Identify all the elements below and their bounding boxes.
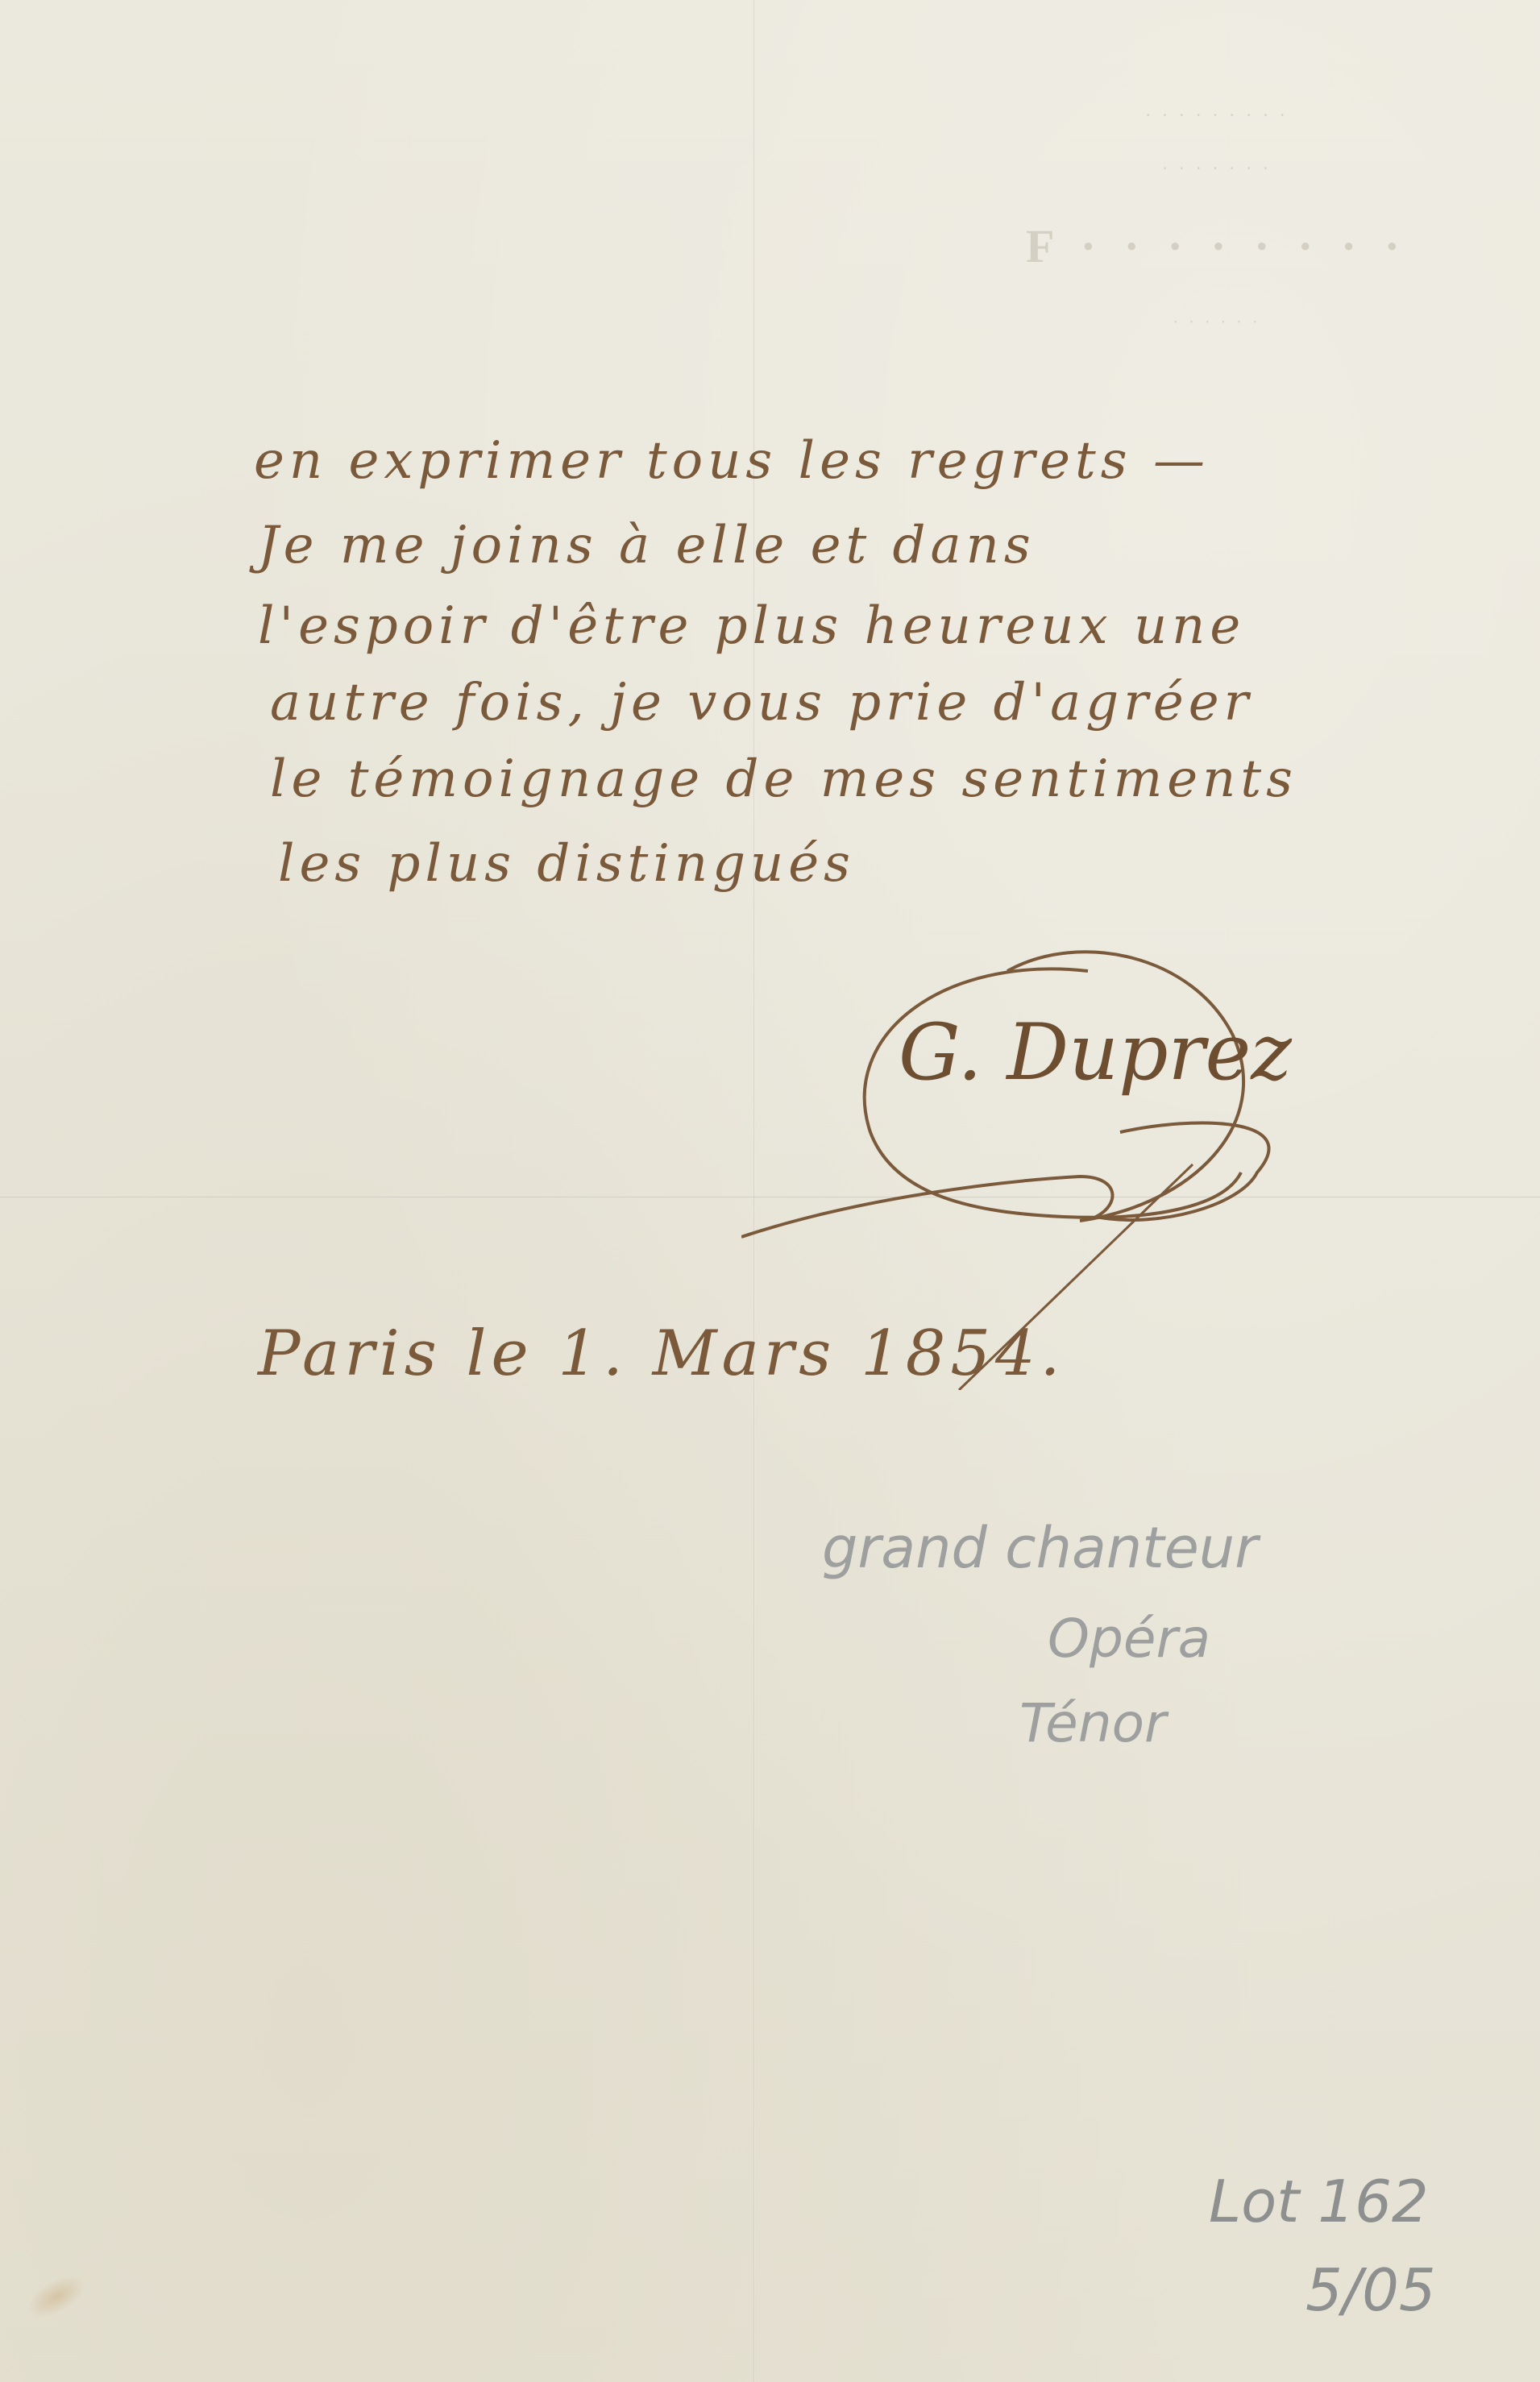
- letter-body-line: l'espoir d'être plus heureux une: [258, 596, 1245, 656]
- letter-body-line: en exprimer tous les regrets —: [254, 431, 1210, 491]
- letterhead-line: · · · · · ·: [967, 313, 1467, 332]
- pencil-annotation: Opéra: [1048, 1608, 1210, 1670]
- letter-body-line: les plus distingués: [278, 834, 855, 894]
- lot-date: 5/05: [1305, 2256, 1436, 2324]
- embossed-letterhead: · · · · · · · · · · · · · · · · F · · · …: [967, 105, 1467, 332]
- letter-body-line: le témoignage de mes sentiments: [270, 749, 1297, 809]
- signature: G. Duprez: [899, 1007, 1292, 1098]
- letterhead-line: F · · · · · · · ·: [967, 219, 1467, 273]
- lot-number: Lot 162: [1209, 2168, 1429, 2235]
- signature-block: G. Duprez: [741, 939, 1451, 1261]
- letter-sheet: · · · · · · · · · · · · · · · · F · · · …: [0, 0, 1540, 2382]
- letter-body-line: Je me joins à elle et dans: [258, 516, 1036, 575]
- pencil-annotation: grand chanteur: [822, 1515, 1258, 1581]
- letterhead-line: · · · · · · · · ·: [967, 105, 1467, 126]
- dateline: Paris le 1. Mars 1854.: [258, 1318, 1065, 1390]
- letter-body-line: autre fois, je vous prie d'agréer: [270, 673, 1253, 732]
- letterhead-line: · · · · · · ·: [967, 158, 1467, 179]
- pencil-annotation: Ténor: [1019, 1692, 1166, 1754]
- paper-stain: [20, 2267, 92, 2327]
